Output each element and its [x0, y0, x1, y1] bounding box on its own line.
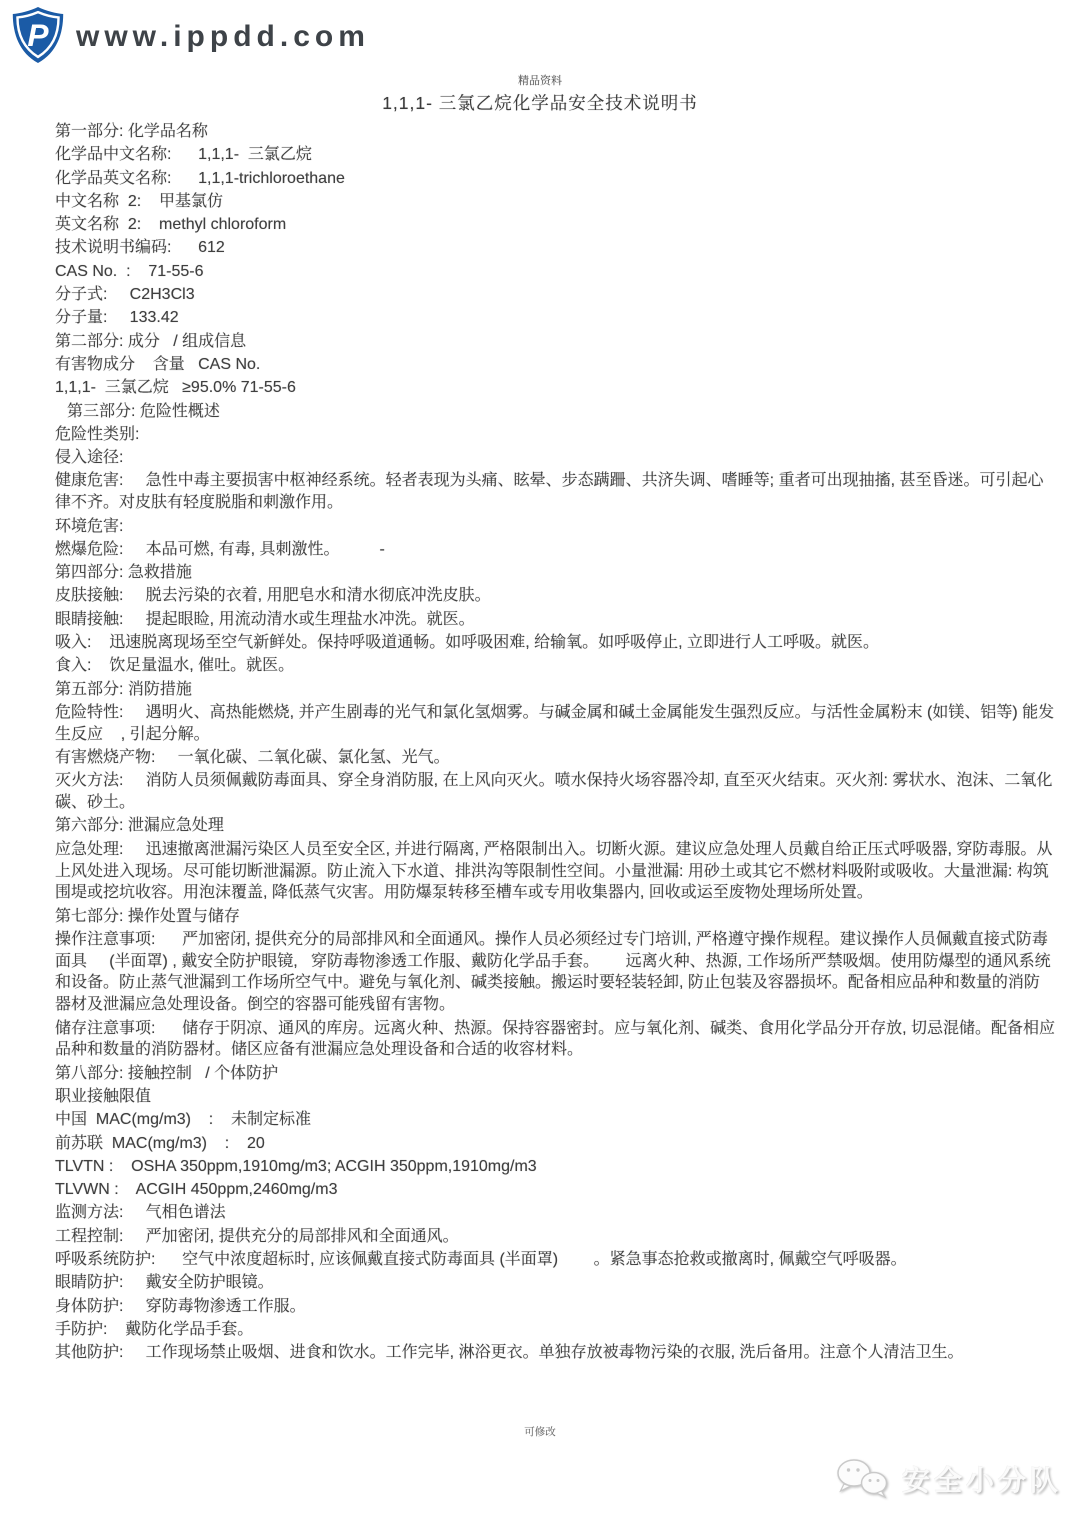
doc-line: 危险特性: 遇明火、高热能燃烧, 并产生剧毒的光气和氯化氢烟雾。与碱金属和碱土金…	[55, 702, 1055, 746]
doc-line: 第四部分: 急救措施	[55, 562, 1055, 584]
doc-line: 有害物成分 含量 CAS No.	[55, 354, 1055, 376]
doc-line: 呼吸系统防护: 空气中浓度超标时, 应该佩戴直接式防毒面具 (半面罩) 。紧急事…	[55, 1249, 1055, 1271]
doc-line: 食入: 饮足量温水, 催吐。就医。	[55, 655, 1055, 677]
doc-line: 皮肤接触: 脱去污染的衣着, 用肥皂水和清水彻底冲洗皮肤。	[55, 585, 1055, 607]
doc-line: TLVWN : ACGIH 450ppm,2460mg/m3	[55, 1179, 1055, 1201]
doc-line: 环境危害:	[55, 516, 1055, 538]
doc-line: 分子式: C2H3Cl3	[55, 284, 1055, 306]
doc-line: 监测方法: 气相色谱法	[55, 1202, 1055, 1224]
doc-line: 手防护: 戴防化学品手套。	[55, 1319, 1055, 1341]
doc-line: 身体防护: 穿防毒物渗透工作服。	[55, 1296, 1055, 1318]
doc-line: 工程控制: 严加密闭, 提供充分的局部排风和全面通风。	[55, 1226, 1055, 1248]
doc-line: 第七部分: 操作处置与储存	[55, 906, 1055, 928]
doc-line: 眼睛防护: 戴安全防护眼镜。	[55, 1272, 1055, 1294]
doc-line: 第五部分: 消防措施	[55, 679, 1055, 701]
site-url: www.ippdd.com	[76, 18, 370, 52]
doc-line: 危险性类别:	[55, 424, 1055, 446]
doc-line: 眼睛接触: 提起眼睑, 用流动清水或生理盐水冲洗。就医。	[55, 609, 1055, 631]
top-watermark: 精品资料	[0, 72, 1080, 88]
doc-line: 吸入: 迅速脱离现场至空气新鲜处。保持呼吸道通畅。如呼吸困难, 给输氧。如呼吸停…	[55, 632, 1055, 654]
doc-line: 燃爆危险: 本品可燃, 有毒, 具刺激性。 -	[55, 539, 1055, 561]
doc-line: 储存注意事项: 储存于阴凉、通风的库房。远离火种、热源。保持容器密封。应与氧化剂…	[55, 1018, 1055, 1062]
doc-line: 技术说明书编码: 612	[55, 237, 1055, 259]
doc-line: CAS No. : 71-55-6	[55, 261, 1055, 283]
doc-line: 第三部分: 危险性概述	[55, 401, 1055, 423]
document-page: P www.ippdd.com 精品资料 1,1,1- 三氯乙烷化学品安全技术说…	[0, 0, 1080, 1528]
svg-text:P: P	[27, 17, 49, 53]
doc-line: TLVTN : OSHA 350ppm,1910mg/m3; ACGIH 350…	[55, 1156, 1055, 1178]
wechat-icon	[834, 1456, 892, 1502]
bottom-watermark-text: 安全小分队	[902, 1459, 1062, 1499]
doc-line: 1,1,1- 三氯乙烷 ≥95.0% 71-55-6	[55, 377, 1055, 399]
doc-line: 灭火方法: 消防人员须佩戴防毒面具、穿全身消防服, 在上风向灭火。喷水保持火场容…	[55, 770, 1055, 814]
doc-line: 前苏联 MAC(mg/m3) : 20	[55, 1133, 1055, 1155]
shield-logo-icon: P	[10, 6, 66, 64]
document-title: 1,1,1- 三氯乙烷化学品安全技术说明书	[0, 90, 1080, 115]
doc-line: 中文名称 2: 甲基氯仿	[55, 191, 1055, 213]
doc-line: 操作注意事项: 严加密闭, 提供充分的局部排风和全面通风。操作人员必须经过专门培…	[55, 929, 1055, 1016]
doc-line: 有害燃烧产物: 一氧化碳、二氧化碳、氯化氢、光气。	[55, 747, 1055, 769]
doc-line: 第六部分: 泄漏应急处理	[55, 815, 1055, 837]
doc-line: 职业接触限值	[55, 1086, 1055, 1108]
bottom-watermark: 安全小分队	[834, 1456, 1062, 1502]
footer-note: 可修改	[0, 1424, 1080, 1439]
doc-line: 侵入途径:	[55, 447, 1055, 469]
doc-line: 化学品中文名称: 1,1,1- 三氯乙烷	[55, 144, 1055, 166]
doc-line: 第八部分: 接触控制 / 个体防护	[55, 1063, 1055, 1085]
doc-line: 第二部分: 成分 / 组成信息	[55, 331, 1055, 353]
site-header: P www.ippdd.com	[10, 6, 370, 64]
doc-line: 应急处理: 迅速撤离泄漏污染区人员至安全区, 并进行隔离, 严格限制出入。切断火…	[55, 839, 1055, 904]
doc-line: 化学品英文名称: 1,1,1-trichloroethane	[55, 168, 1055, 190]
doc-line: 第一部分: 化学品名称	[55, 121, 1055, 143]
doc-line: 分子量: 133.42	[55, 307, 1055, 329]
doc-line: 健康危害: 急性中毒主要损害中枢神经系统。轻者表现为头痛、眩晕、步态蹒跚、共济失…	[55, 470, 1055, 514]
doc-line: 中国 MAC(mg/m3) : 未制定标准	[55, 1109, 1055, 1131]
doc-line: 英文名称 2: methyl chloroform	[55, 214, 1055, 236]
document-body: 第一部分: 化学品名称化学品中文名称: 1,1,1- 三氯乙烷化学品英文名称: …	[55, 121, 1055, 1366]
doc-line: 其他防护: 工作现场禁止吸烟、进食和饮水。工作完毕, 淋浴更衣。单独存放被毒物污…	[55, 1342, 1055, 1364]
